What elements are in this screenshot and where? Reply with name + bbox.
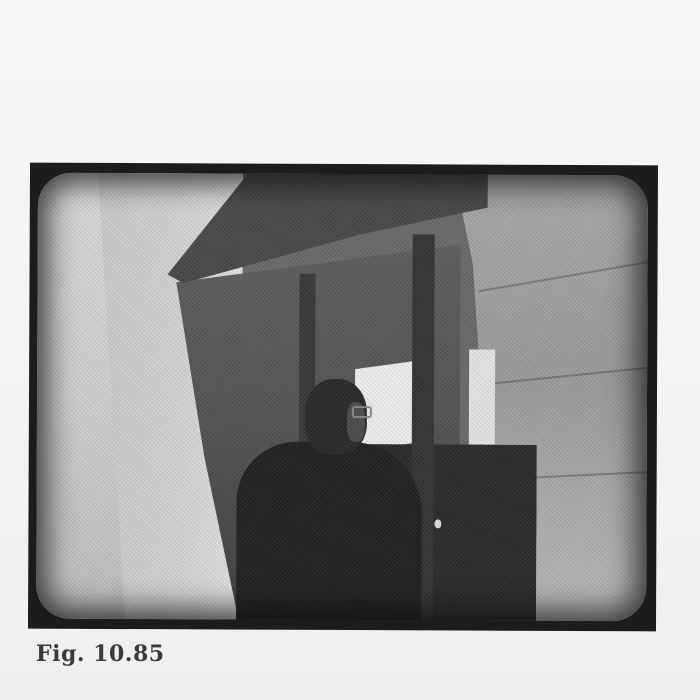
bright-window-narrow: [469, 350, 495, 445]
glasses: [352, 406, 372, 418]
figure-photo: [28, 163, 658, 632]
film-still: [36, 173, 648, 622]
figure-caption: Fig. 10.85: [36, 641, 165, 667]
man-coat: [236, 442, 422, 622]
book-page: Fig. 10.85: [0, 0, 700, 700]
small-light: [434, 519, 441, 528]
